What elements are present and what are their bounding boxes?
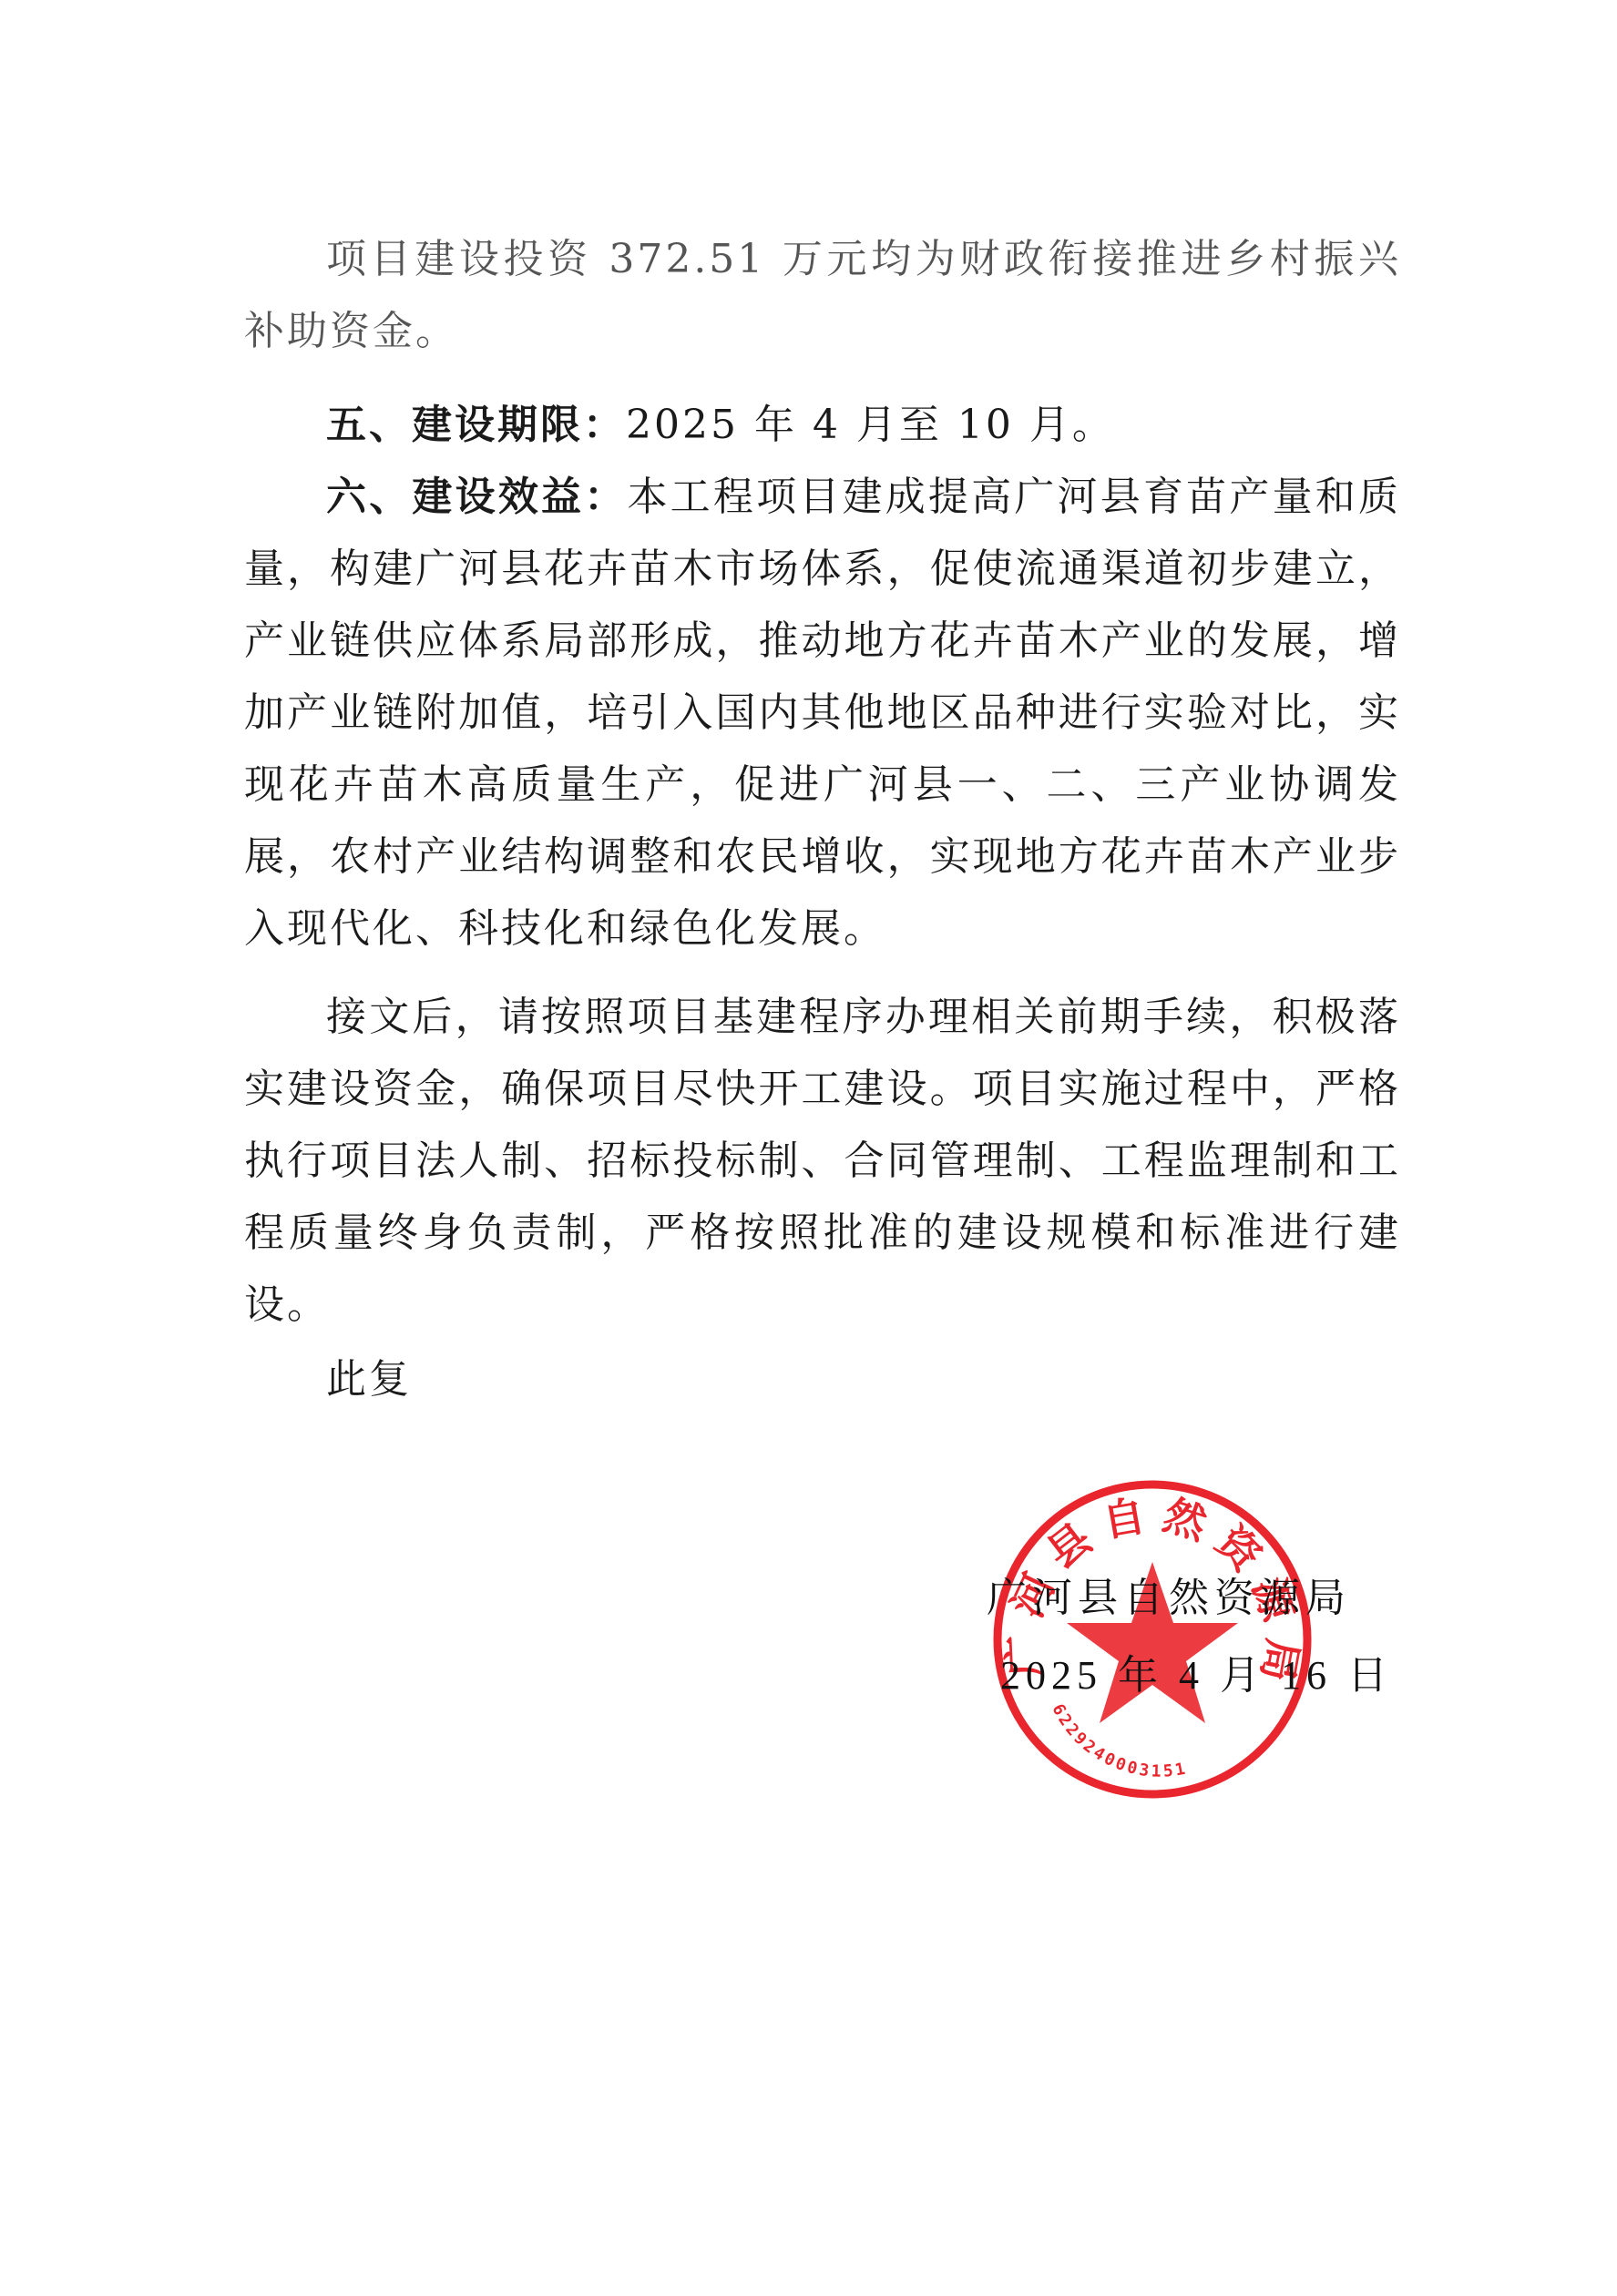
signature-date: 2025 年 4 月 16 日 [1000,1642,1393,1700]
section-construction-period: 五、建设期限：2025 年 4 月至 10 月。 [244,389,1401,461]
section5-text: 2025 年 4 月至 10 月。 [626,402,1115,448]
section-construction-benefits: 六、建设效益：本工程项目建成提高广河县育苗产量和质量，构建广河县花卉苗木市场体系… [244,461,1401,964]
section6-text: 本工程项目建成提高广河县育苗产量和质量，构建广河县花卉苗木市场体系，促使流通渠道… [244,474,1401,952]
signature-organization: 广河县自然资源局 [987,1565,1351,1623]
official-seal-icon: 广河县自然资源局 6229240003151 [988,1475,1316,1803]
section6-heading: 六、建设效益： [326,474,627,520]
document-page: 项目建设投资 372.51 万元均为财政衔接推进乡村振兴补助资金。 五、建设期限… [0,0,1617,2296]
closing-text: 此复 [244,1343,1401,1415]
funding-paragraph: 项目建设投资 372.51 万元均为财政衔接推进乡村振兴补助资金。 [244,223,1401,367]
section5-heading: 五、建设期限： [326,402,626,448]
instruction-paragraph: 接文后，请按照项目基建程序办理相关前期手续，积极落实建设资金，确保项目尽快开工建… [244,981,1401,1341]
